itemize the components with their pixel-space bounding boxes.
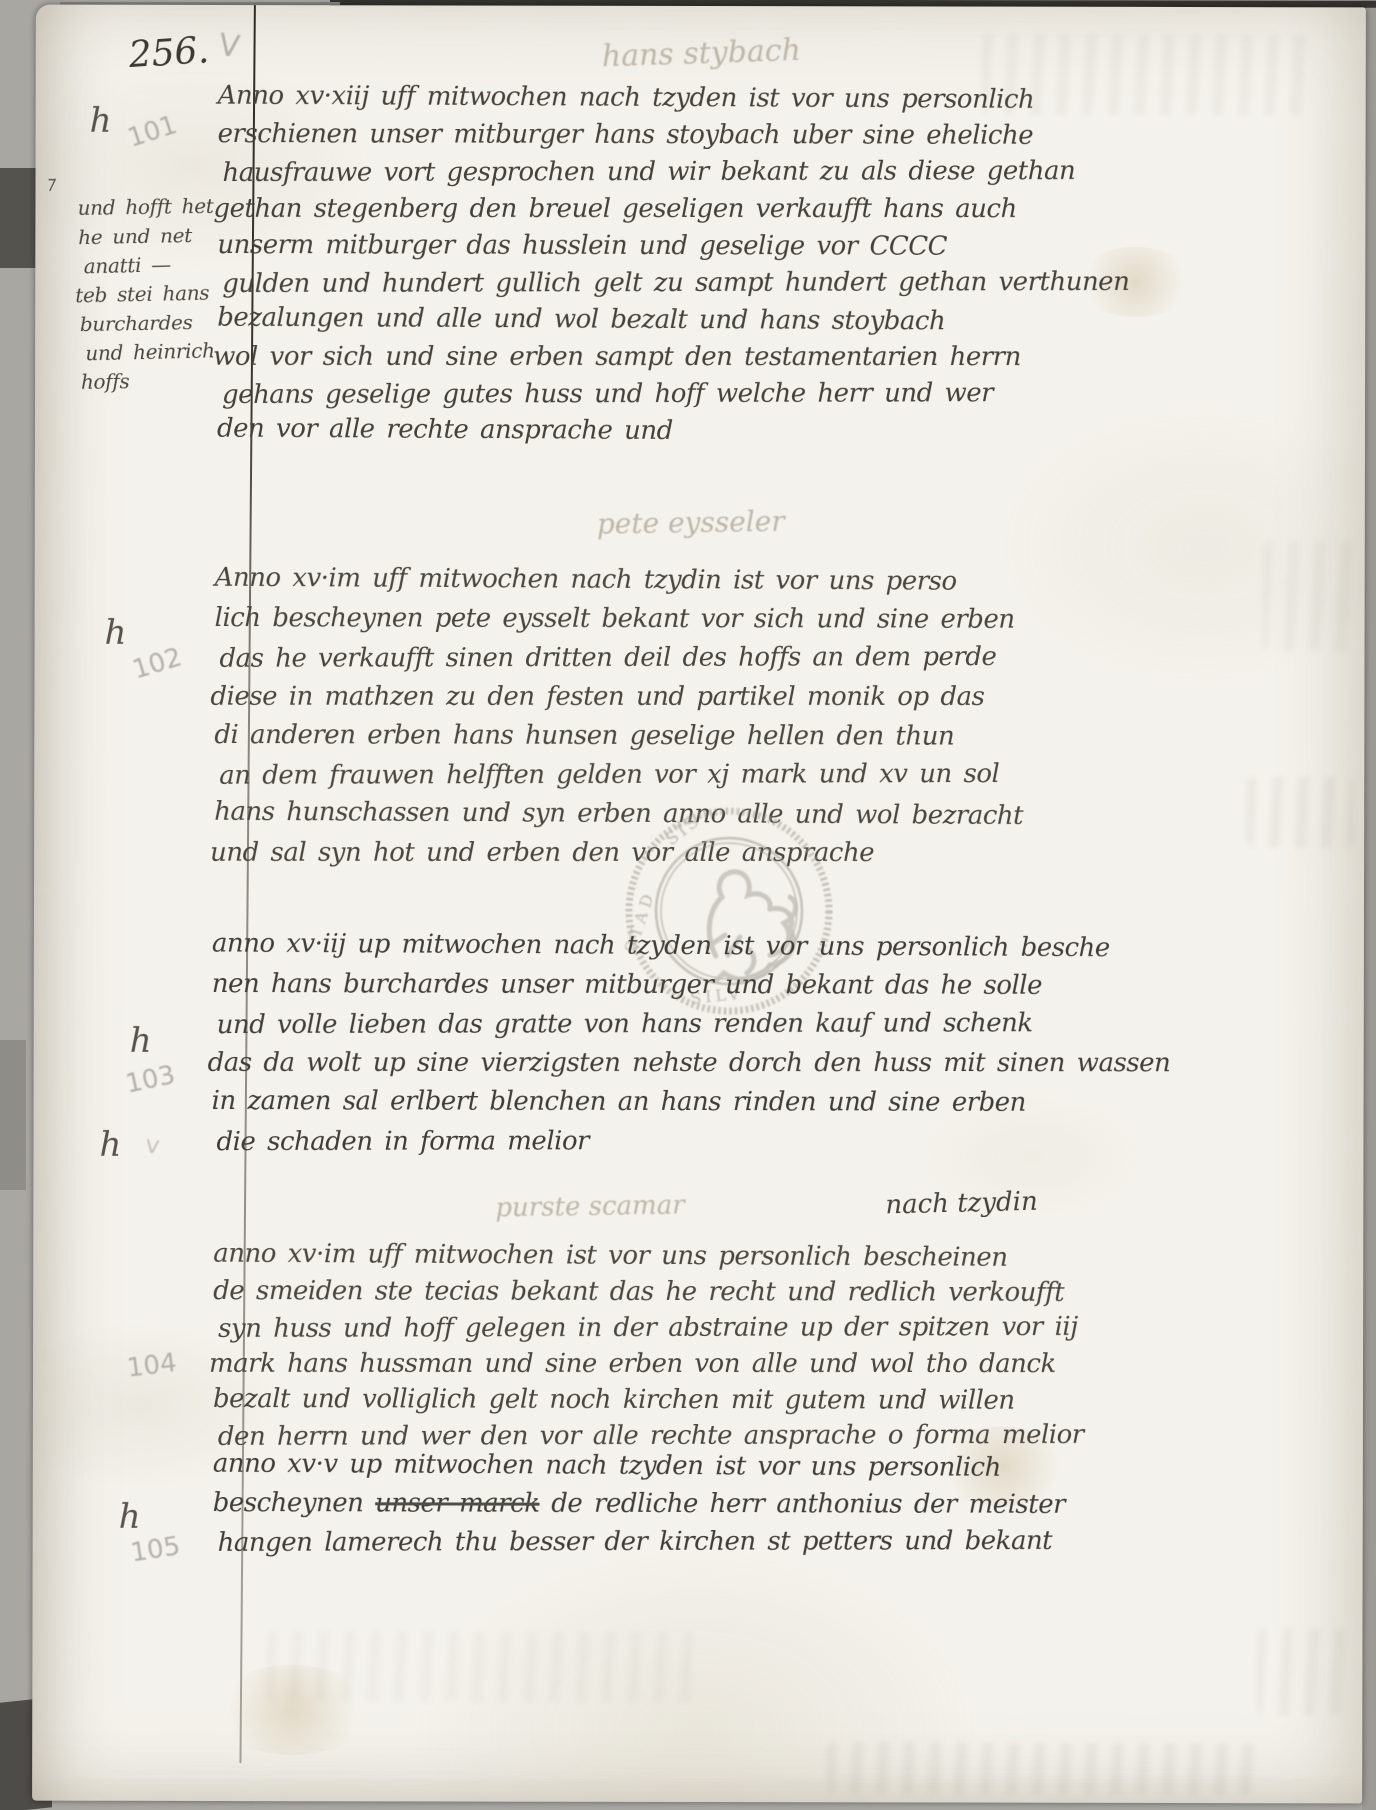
manuscript-line: nen hans burchardes unser mitburger und … bbox=[212, 966, 1175, 1007]
manuscript-line: erschienen unser mitburger hans stoybach… bbox=[218, 116, 1125, 155]
manuscript-line: und heinrich bbox=[85, 336, 222, 368]
manuscript-line: mark hans hussman und sine erben von all… bbox=[209, 1346, 1075, 1382]
entry4-inserted-words: nach tzydin bbox=[885, 1187, 1038, 1221]
margin-number-103: 103 bbox=[123, 1060, 178, 1100]
manuscript-line: gethan stegenberg den breuel geseligen v… bbox=[213, 191, 1120, 228]
manuscript-line: und volle lieben das gratte von hans ren… bbox=[217, 1005, 1180, 1046]
manuscript-line: das he verkaufft sinen dritten deil des … bbox=[219, 639, 1028, 680]
manuscript-line: hans hunschassen und syn erben anno alle… bbox=[214, 794, 1023, 837]
struck-out-words: unser marck bbox=[375, 1488, 539, 1518]
foxing-spot bbox=[212, 1665, 372, 1755]
manuscript-line: die schaden in forma melior bbox=[216, 1122, 1179, 1163]
bleed-through-smudge bbox=[1256, 1629, 1356, 1715]
bleed-through-smudge bbox=[266, 1631, 696, 1702]
manuscript-line: diese in mathzen zu den festen und parti… bbox=[210, 679, 1019, 718]
paragraph-entry-4: anno xv·im uff mitwochen ist vor uns per… bbox=[213, 1237, 1079, 1455]
margin-note: und hofft hethe und netanatti —teb stei … bbox=[77, 192, 217, 398]
entry4-ghost-note: purste scamar bbox=[495, 1190, 685, 1223]
entry2-ghost-heading: pete eysseler bbox=[597, 505, 785, 541]
manuscript-line: anno xv·im uff mitwochen ist vor uns per… bbox=[213, 1236, 1079, 1277]
paragraph-entry-5: anno xv·v up mitwochen nach tzyden ist v… bbox=[213, 1447, 1066, 1563]
manuscript-line: in zamen sal erlbert blenchen an hans ri… bbox=[212, 1083, 1175, 1124]
margin-note-mark: ⁊ bbox=[45, 173, 53, 194]
margin-number-101: 101 bbox=[124, 110, 180, 154]
manuscript-line: bezalt und volliglich gelt noch kirchen … bbox=[213, 1381, 1079, 1419]
manuscript-line: den vor alle rechte ansprache und bbox=[217, 411, 1124, 453]
manuscript-line: unserm mitburger das husslein und geseli… bbox=[217, 227, 1124, 266]
manuscript-line: de smeiden ste tecias bekant das he rech… bbox=[213, 1273, 1079, 1311]
manuscript-line: teb stei hans bbox=[75, 279, 211, 311]
manuscript-line: bescheynen unser marck de redliche herr … bbox=[213, 1485, 1065, 1525]
paragraph-entry-1: Anno xv·xiij uff mitwochen nach tzyden i… bbox=[217, 79, 1125, 451]
bleed-through-smudge bbox=[826, 1742, 1256, 1795]
margin-paraph-h: h bbox=[119, 1497, 141, 1537]
line-segment: bescheynen bbox=[213, 1488, 375, 1518]
manuscript-line: di anderen erben hans hunsen geselige he… bbox=[214, 717, 1023, 758]
manuscript-line: hangen lamerech thu besser der kirchen s… bbox=[218, 1523, 1070, 1563]
manuscript-line: bezalungen und alle und wol bezalt und h… bbox=[217, 300, 1124, 342]
manuscript-line: und sal syn hot und erben den vor alle a… bbox=[210, 835, 1019, 874]
manuscript-line: gehans geselige gutes huss und hoff welc… bbox=[222, 375, 1129, 414]
bleed-through-smudge bbox=[1263, 541, 1355, 651]
manuscript-line: hausfrauwe vort gesprochen und wir bekan… bbox=[222, 153, 1129, 192]
manuscript-line: Anno xv·xiij uff mitwochen nach tzyden i… bbox=[218, 78, 1125, 120]
folio-check-mark: V bbox=[216, 28, 241, 66]
margin-paraph-h: h bbox=[90, 101, 112, 141]
margin-number-105: 105 bbox=[129, 1531, 183, 1568]
manuscript-line: anatti — bbox=[83, 249, 220, 281]
manuscript-line: wol vor sich und sine erben sampt den te… bbox=[213, 339, 1120, 376]
margin-number-102: 102 bbox=[129, 642, 185, 685]
margin-paraph-h: h bbox=[99, 1125, 121, 1165]
manuscript-line: burchardes bbox=[80, 308, 216, 340]
scan-edge-shadow bbox=[0, 1040, 26, 1190]
bleed-through-smudge bbox=[1246, 777, 1354, 847]
header-ghost-text: hans stybach bbox=[601, 33, 801, 75]
folio-number: 256. bbox=[127, 30, 210, 76]
margin-number-104: 104 bbox=[125, 1348, 178, 1384]
manuscript-line: und hofft het bbox=[77, 192, 213, 223]
paragraph-entry-3: anno xv·iij up mitwochen nach tzyden ist… bbox=[211, 927, 1174, 1163]
manuscript-page: 256. V hans stybach h 101 und hofft heth… bbox=[32, 5, 1366, 1804]
margin-check-mark: v bbox=[144, 1130, 161, 1159]
line-segment: de redliche herr anthonius der meister bbox=[539, 1489, 1065, 1520]
manuscript-line: das da wolt up sine vierzigsten nehste d… bbox=[208, 1045, 1171, 1084]
manuscript-line: an dem frauwen helfften gelden vor xj ma… bbox=[219, 756, 1028, 797]
scan-edge-shadow bbox=[0, 168, 36, 268]
manuscript-line: lich bescheynen pete eysselt bekant vor … bbox=[215, 600, 1024, 641]
paragraph-entry-2: Anno xv·im uff mitwochen nach tzydin ist… bbox=[214, 561, 1024, 875]
manuscript-line: hoffs bbox=[81, 366, 217, 397]
manuscript-line: anno xv·v up mitwochen nach tzyden ist v… bbox=[213, 1446, 1065, 1488]
manuscript-line: gulden und hundert gullich gelt zu sampt… bbox=[222, 264, 1129, 303]
manuscript-line: syn huss und hoff gelegen in der abstrai… bbox=[218, 1309, 1084, 1347]
margin-paraph-h: h bbox=[105, 613, 127, 653]
margin-paraph-h: h bbox=[130, 1021, 152, 1061]
manuscript-line: Anno xv·im uff mitwochen nach tzydin ist… bbox=[215, 560, 1024, 603]
manuscript-line: anno xv·iij up mitwochen nach tzyden ist… bbox=[212, 925, 1175, 969]
manuscript-line: he und net bbox=[78, 221, 214, 253]
